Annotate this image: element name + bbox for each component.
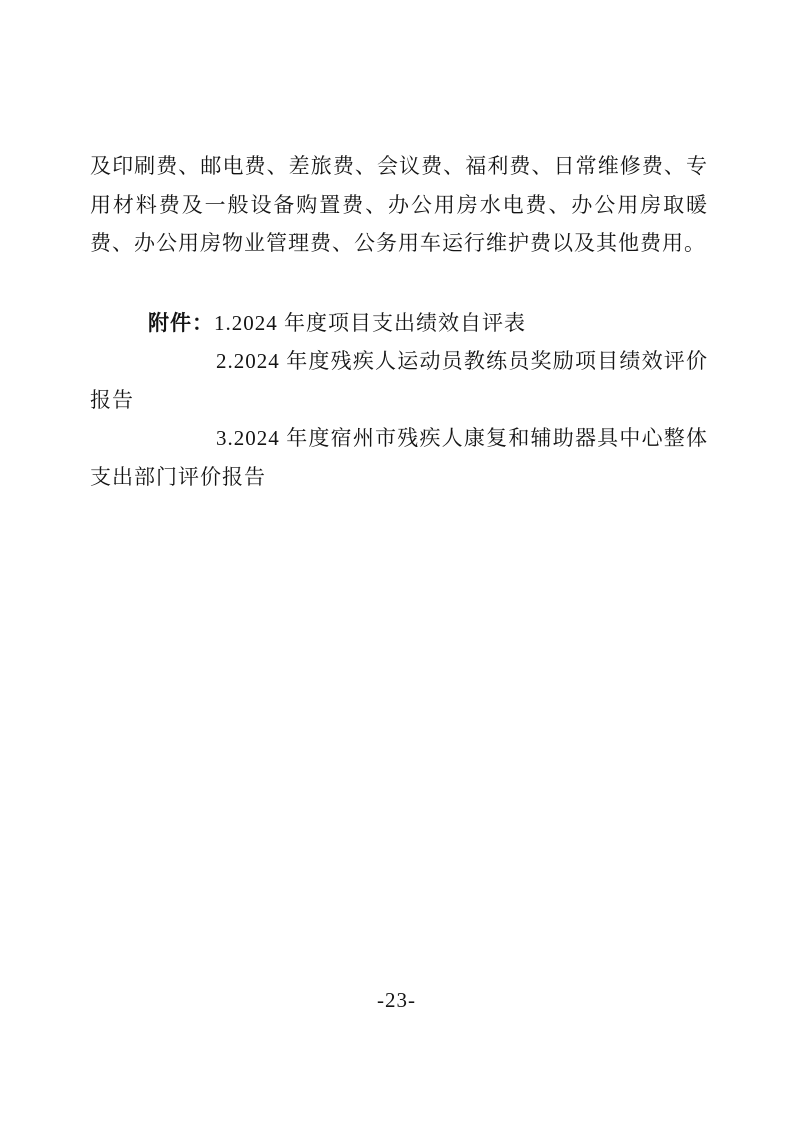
page-content: 及印刷费、邮电费、差旅费、会议费、福利费、日常维修费、专用材料费及一般设备购置费… [90, 147, 708, 496]
attachments-first-row: 附件：1.2024 年度项目支出绩效自评表 [90, 304, 708, 343]
page-number: -23- [0, 988, 793, 1013]
attachment-item: 1.2024 年度项目支出绩效自评表 [214, 311, 526, 335]
attachment-item: 2.2024 年度残疾人运动员教练员奖励项目绩效评价报告 [90, 342, 708, 419]
document-page: 及印刷费、邮电费、差旅费、会议费、福利费、日常维修费、专用材料费及一般设备购置费… [0, 0, 793, 1122]
attachment-item: 3.2024 年度宿州市残疾人康复和辅助器具中心整体支出部门评价报告 [90, 419, 708, 496]
attachments-section: 附件：1.2024 年度项目支出绩效自评表 2.2024 年度残疾人运动员教练员… [90, 304, 708, 497]
attachments-label: 附件： [148, 311, 214, 335]
body-paragraph: 及印刷费、邮电费、差旅费、会议费、福利费、日常维修费、专用材料费及一般设备购置费… [90, 147, 708, 263]
